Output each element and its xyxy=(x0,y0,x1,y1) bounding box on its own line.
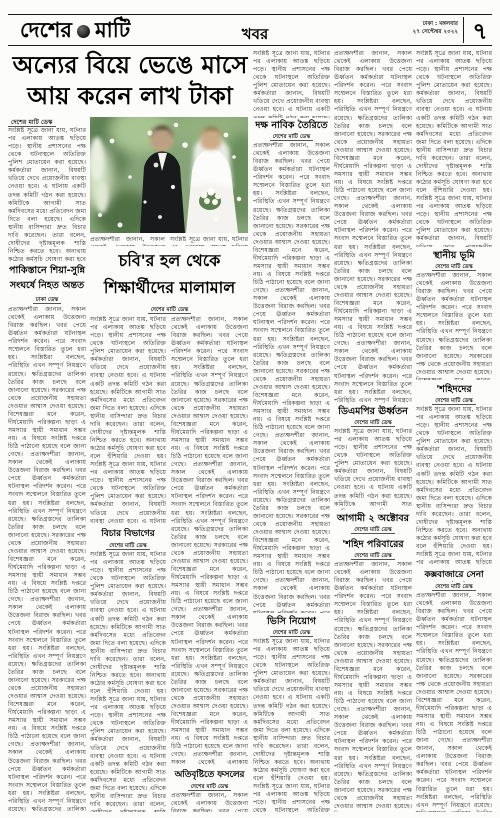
sailor-body: প্রত্যক্ষদর্শীরা জানান, সকাল থেকেই এলাকা… xyxy=(253,142,330,613)
col6-top-body: সংশ্লিষ্ট সূত্রে জানা যায়, ঘটনার পর এলা… xyxy=(416,50,492,247)
october-byline: দেশের মাটি ডেস্ক xyxy=(334,526,412,535)
martyr-family-body: প্রত্যক্ষদর্শীরা জানান, সকাল থেকেই এলাকা… xyxy=(334,561,412,812)
october-headline: আগামী ২ অক্টোবর xyxy=(334,512,412,525)
vc-body: সংশ্লিষ্ট সূত্রে জানা যায়, ঘটনার পর এলা… xyxy=(253,638,330,812)
wedding-photo-image xyxy=(90,117,248,233)
lead-body-under-photo-a: প্রত্যক্ষদর্শীরা জানান, সকাল থেকেই এলাকা… xyxy=(90,236,165,246)
cu-hall-headline: চবি'র হল থেকে শিক্ষার্থীদের মালামাল সরিয… xyxy=(87,247,252,304)
header-bottom-rule xyxy=(8,45,492,46)
newspaper-page: দেশের মাটি খবর ঢাকা : মঙ্গলবার ২৭ সেপ্টে… xyxy=(0,0,500,818)
cu-hall-body-col3: প্রত্যক্ষদর্শীরা জানান, সকাল থেকেই এলাকা… xyxy=(171,316,248,766)
judiciary-byline: দেশের মাটি ডেস্ক xyxy=(90,542,166,551)
dateline-date: ২৭ সেপ্টেম্বর ২০২২ xyxy=(386,28,458,36)
land-dispute-body: প্রত্যক্ষদর্শীরা জানান, সকাল থেকেই এলাকা… xyxy=(416,272,492,380)
martyrs-sacrifice-headline: 'শহিদদের আত্মত্যাগ xyxy=(416,383,492,396)
cu-hall-body-col2: সংশ্লিষ্ট সূত্রে জানা যায়, ঘটনার পর এলা… xyxy=(90,316,166,525)
martyrs-sacrifice-byline: দেশের মাটি ডেস্ক xyxy=(416,397,492,406)
coxsbazar-body: প্রত্যক্ষদর্শীরা জানান, সকাল থেকেই এলাকা… xyxy=(416,592,492,812)
pakistan-body: প্রত্যক্ষদর্শীরা জানান, সকাল থেকেই এলাকা… xyxy=(8,306,86,812)
dmp-body: সংশ্লিষ্ট সূত্রে জানা যায়, ঘটনার পর এলা… xyxy=(334,428,412,510)
judiciary-headline: বিচার বিভাগের xyxy=(90,528,166,541)
masthead: দেশের মাটি xyxy=(20,18,130,44)
land-dispute-headline: স্থানীয় ভূমি বিরোধের xyxy=(416,249,492,262)
col5-top-body: প্রত্যক্ষদর্শীরা জানান, সকাল থেকেই এলাকা… xyxy=(334,50,412,403)
pakistan-byline: ঢাকা ডেস্ক xyxy=(8,296,86,305)
dmp-byline: দেশের মাটি ডেস্ক xyxy=(334,419,412,428)
lead-body-under-photo-b: সংশ্লিষ্ট সূত্রে জানা যায়, ঘটনার পর এলা… xyxy=(170,236,248,246)
vc-byline: দেশের মাটি ডেস্ক xyxy=(253,629,330,638)
sailor-byline: দেশের মাটি ডেস্ক xyxy=(253,133,330,142)
martyr-family-byline: দেশের মাটি ডেস্ক xyxy=(334,552,412,561)
sailor-headline: দক্ষ নাবিক তৈরিতে xyxy=(253,119,330,132)
martyr-family-headline: 'শহিদ পরিবারের xyxy=(334,538,412,551)
dateline-city-day: ঢাকা : মঙ্গলবার xyxy=(386,20,458,28)
masthead-name-right: মাটি xyxy=(95,14,130,49)
dateline: ঢাকা : মঙ্গলবার ২৭ সেপ্টেম্বর ২০২২ xyxy=(386,20,458,37)
header-top-rule xyxy=(8,14,492,15)
judiciary-body: সংশ্লিষ্ট সূত্রে জানা যায়, ঘটনার পর এলা… xyxy=(90,551,166,812)
masthead-name-left: দেশের xyxy=(20,14,72,49)
coxsbazar-headline: কক্সবাজারে সেনা কর্মকর্তা xyxy=(416,569,492,582)
page-number: ৭ xyxy=(466,13,494,52)
wedding-photo xyxy=(90,117,248,233)
lead-headline: অন্যের বিয়ে ভেঙে মাসে আয় করেন লাখ টাকা xyxy=(8,50,252,114)
header-divider xyxy=(463,17,464,43)
col4-top-body: সংশ্লিষ্ট সূত্রে জানা যায়, ঘটনার পর এলা… xyxy=(253,50,330,118)
cu-hall-byline: দেশের মাটি ডেস্ক xyxy=(87,306,252,315)
crops-byline: দেশের মাটি ডেস্ক xyxy=(171,783,248,792)
coxsbazar-byline: দেশের মাটি ডেস্ক xyxy=(416,583,492,592)
crops-headline: অতিবৃষ্টিতে ফসলের xyxy=(171,769,248,782)
lead-body-col1: সংশ্লিষ্ট সূত্রে জানা যায়, ঘটনার পর এলা… xyxy=(8,127,86,262)
pakistan-headline: পাকিস্তানে শিয়া-সুন্নি সংঘর্ষে নিহত অন্… xyxy=(8,264,86,294)
dmp-headline: ডিএমপির ঊর্ধ্বতন xyxy=(334,405,412,418)
vc-headline: ভিসি নিয়োগ xyxy=(253,615,330,628)
crops-body: প্রত্যক্ষদর্শীরা জানান, সকাল থেকেই এলাকা… xyxy=(171,792,248,812)
masthead-globe-icon xyxy=(77,25,90,38)
land-dispute-byline: দেশের মাটি ডেস্ক xyxy=(416,263,492,272)
martyrs-sacrifice-body: সংশ্লিষ্ট সূত্রে জানা যায়, ঘটনার পর এলা… xyxy=(416,406,492,566)
